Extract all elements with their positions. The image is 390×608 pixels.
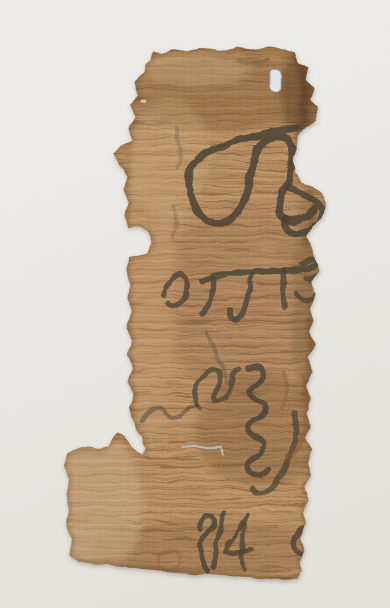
ink-line2-descender-3 <box>282 271 285 308</box>
ink-bottom-four-stem <box>242 524 244 569</box>
worm-hole <box>271 69 281 92</box>
papyrus-scene <box>0 0 390 608</box>
scanned-photograph <box>0 0 390 608</box>
bright-fleck <box>140 100 146 104</box>
